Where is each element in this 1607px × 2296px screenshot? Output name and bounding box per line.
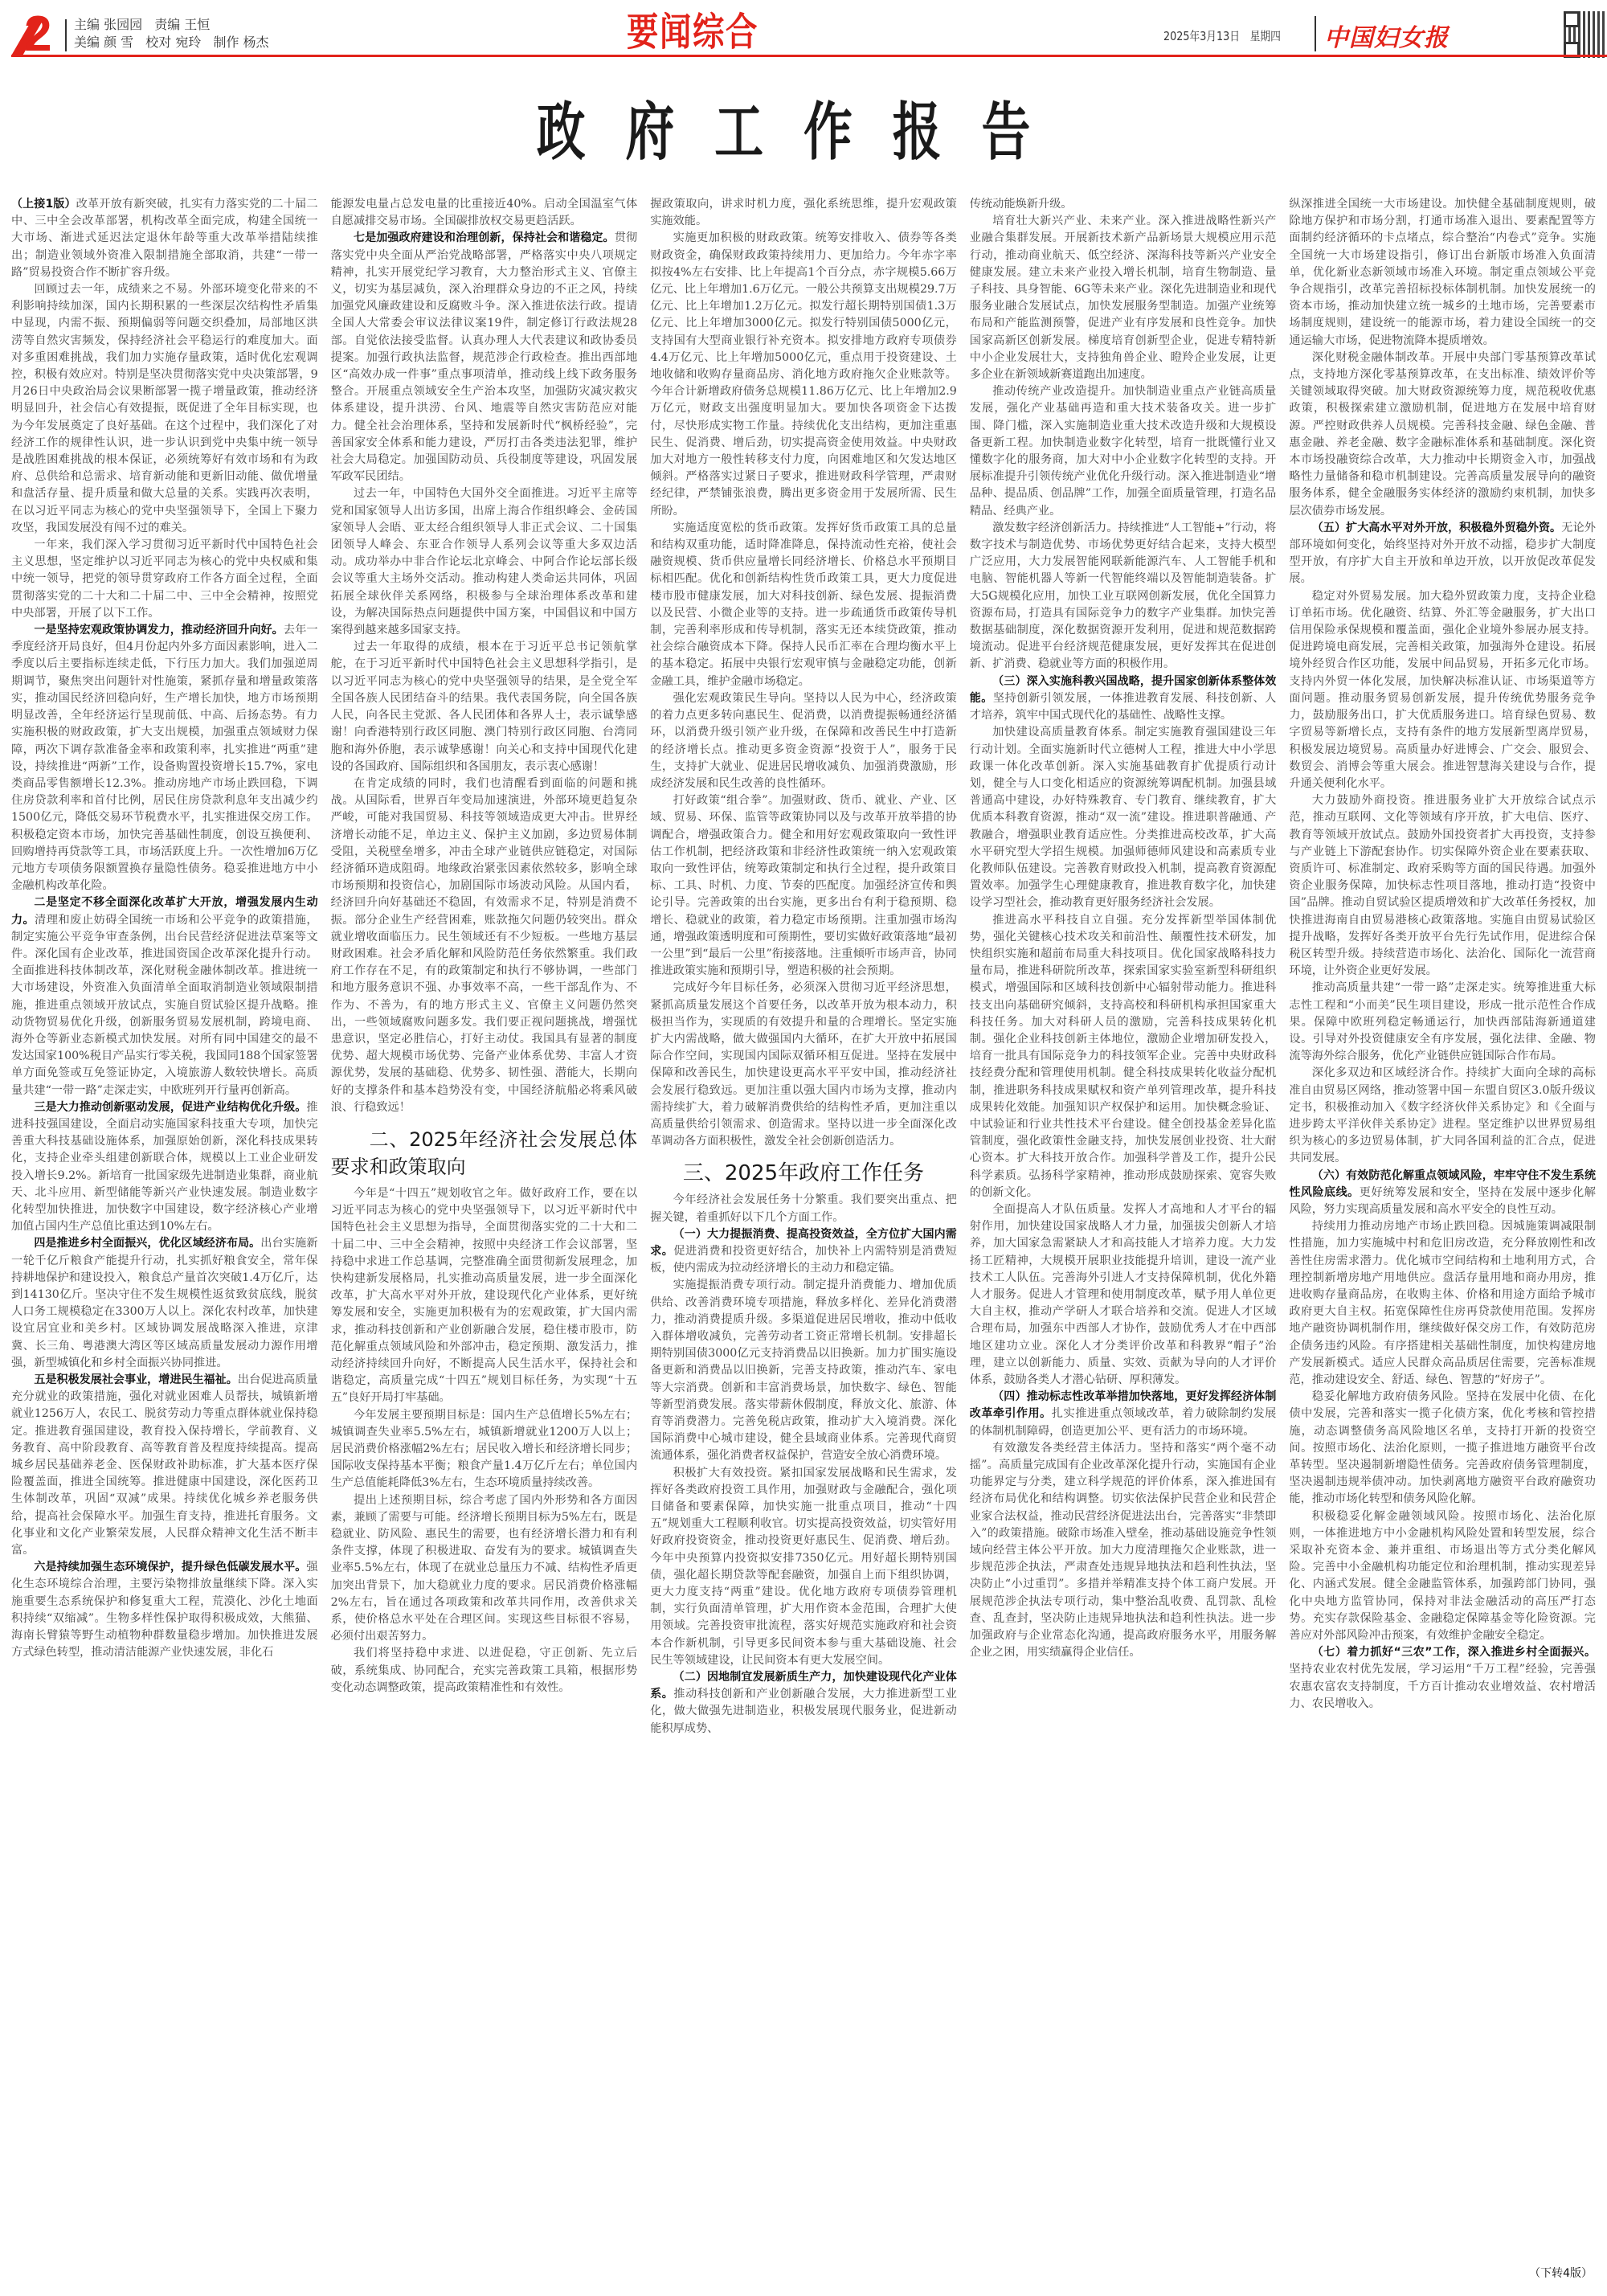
article-column-3: 握政策取向，讲求时机力度，强化系统思维，提升宏观政策实施效能。实施更加积极的财政… [650, 196, 957, 2286]
paragraph: 强化宏观政策民生导向。坚持以人民为中心，经济政策的着力点更多转向惠民生、促消费，… [650, 690, 957, 792]
paragraph: 实施适度宽松的货币政策。发挥好货币政策工具的总量和结构双重功能，适时降准降息，保… [650, 520, 957, 690]
paragraph: 深化多双边和区域经济合作。持续扩大面向全球的高标准自由贸易区网络，推动签署中国－… [1289, 1065, 1596, 1167]
paragraph-text: 稳妥化解地方政府债务风险。坚持在发展中化债、在化债中发展，完善和落实一揽子化债方… [1289, 1390, 1596, 1505]
article-headline: 政府工作报告 [177, 96, 1430, 169]
staff-line-1: 主编 张园园 责编 王恒 [74, 16, 277, 34]
paragraph-text: 传统动能焕新升级。 [970, 198, 1073, 211]
chief-editor: 主编 张园园 [74, 17, 142, 32]
section-heading: 三、2025年政府工作任务 [650, 1160, 957, 1187]
paragraph: 推动高质量共建“一带一路”走深走实。统筹推进重大标志性工程和“小而美”民生项目建… [1289, 980, 1596, 1065]
paragraph-lead: （五）扩大高水平对外开放，积极稳外贸稳外资。 [1312, 522, 1561, 534]
paragraph-text: 深化财税金融体制改革。开展中央部门零基预算改革试点，支持地方深化零基预算改革，在… [1289, 351, 1596, 518]
paragraph-text: 能源发电量占总发电量的比重接近40%。启动全国温室气体自愿减排交易市场。全国碳排… [331, 198, 638, 227]
paragraph-text: 出台实施新一轮千亿斤粮食产能提升行动，扎实抓好粮食安全，常年保持耕地保护和建设投… [11, 1237, 318, 1369]
paragraph-text: 坚持农业农村优先发展，学习运用“千万工程”经验，完善强农惠农富农支持制度，千方百… [1289, 1663, 1596, 1709]
paragraph: （四）推动标志性改革举措加快落地，更好发挥经济体制改革牵引作用。扎实推进重点领域… [970, 1389, 1277, 1440]
paragraph: 今年是“十四五”规划收官之年。做好政府工作，要在以习近平同志为核心的党中央坚强领… [331, 1185, 638, 1407]
paragraph-text: 在肯定成绩的同时，我们也清醒看到面临的问题和挑战。从国际看，世界百年变局加速演进… [331, 777, 638, 1114]
article-column-2: 能源发电量占总发电量的比重接近40%。启动全国温室气体自愿减排交易市场。全国碳排… [331, 196, 638, 2286]
divider [65, 19, 67, 51]
paragraph: 有效激发各类经营主体活力。坚持和落实“两个毫不动摇”。高质量完成国有企业改革深化… [970, 1440, 1277, 1662]
paragraph: （七）着力抓好“三农”工作，深入推进乡村全面振兴。坚持农业农村优先发展，学习运用… [1289, 1644, 1596, 1713]
paragraph-text: 稳定对外贸易发展。加大稳外贸政策力度，支持企业稳订单拓市场。优化融资、结算、外汇… [1289, 590, 1596, 790]
paragraph: 今年发展主要预期目标是：国内生产总值增长5%左右；城镇调查失业率5.5%左右，城… [331, 1407, 638, 1492]
paragraph: 今年经济社会发展任务十分繁重。我们要突出重点、把握关键，着重抓好以下几个方面工作… [650, 1192, 957, 1226]
paragraph: 实施更加积极的财政政策。统筹安排收入、债券等各类财政资金，确保财政政策持续用力、… [650, 230, 957, 519]
paragraph: （五）扩大高水平对外开放，积极稳外贸稳外资。无论外部环境如何变化，始终坚持对外开… [1289, 520, 1596, 588]
paragraph-text: 提出上述预期目标，综合考虑了国内外形势和各方面因素，兼顾了需要与可能。经济增长预… [331, 1494, 638, 1643]
paragraph: 传统动能焕新升级。 [970, 196, 1277, 213]
paragraph-text: 培育壮大新兴产业、未来产业。深入推进战略性新兴产业融合集群发展。开展新技术新产品… [970, 215, 1277, 381]
paragraph: 推动传统产业改造提升。加快制造业重点产业链高质量发展，强化产业基础再造和重大技术… [970, 383, 1277, 520]
article-column-4: 传统动能焕新升级。培育壮大新兴产业、未来产业。深入推进战略性新兴产业融合集群发展… [970, 196, 1277, 2286]
paragraph-lead: 四是推进乡村全面振兴，优化区域经济布局。 [34, 1237, 260, 1250]
paragraph-text: 促进消费和投资更好结合，加快补上内需特别是消费短板，使内需成为拉动经济增长的主动… [650, 1245, 957, 1275]
proofreader: 校对 宛玲 [145, 35, 201, 50]
paragraph-lead: 六是持续加强生态环境保护，提升绿色低碳发展水平。 [34, 1561, 306, 1574]
paragraph-text: 激发数字经济创新活力。持续推进“人工智能+”行动，将数字技术与制造优势、市场优势… [970, 522, 1277, 671]
paragraph: （六）有效防范化解重点领域风险，牢牢守住不发生系统性风险底线。更好统筹发展和安全… [1289, 1168, 1596, 1219]
paragraph-lead: 一是坚持宏观政策协调发力，推动经济回升向好。 [34, 624, 283, 636]
producer: 制作 杨杰 [213, 35, 268, 50]
paragraph: 全面提高人才队伍质量。发挥人才高地和人才平台的辐射作用，加快建设国家战略人才力量… [970, 1201, 1277, 1389]
paragraph: 一是坚持宏观政策协调发力，推动经济回升向好。去年一季度经济开局良好，但4月份起内… [11, 622, 318, 894]
paragraph-lead: 三是大力推动创新驱动发展，促进产业结构优化升级。 [34, 1101, 306, 1114]
header-rule [11, 55, 1607, 57]
paragraph-lead: （上接1版） [11, 198, 76, 211]
staff-line-2: 美编 颜 雪 校对 宛玲 制作 杨杰 [74, 34, 277, 51]
paragraph-text: 推动高质量共建“一带一路”走深走实。统筹推进重大标志性工程和“小而美”民生项目建… [1289, 981, 1596, 1062]
paragraph: 积极扩大有效投资。紧扣国家发展战略和民生需求，发挥好各类政府投资工具作用，加强财… [650, 1465, 957, 1669]
paragraph: 实施提振消费专项行动。制定提升消费能力、增加优质供给、改善消费环境专项措施，释放… [650, 1277, 957, 1464]
paragraph-lead: 五是积极发展社会事业，增进民生福祉。 [34, 1373, 237, 1386]
paragraph: 过去一年，中国特色大国外交全面推进。习近平主席等党和国家领导人出访多国，出席上海… [331, 485, 638, 639]
paragraph: 握政策取向，讲求时机力度，强化系统思维，提升宏观政策实施效能。 [650, 196, 957, 230]
paragraph-text: 回顾过去一年，成绩来之不易。外部环境变化带来的不利影响持续加深，国内长期积累的一… [11, 283, 318, 534]
paragraph-text: 出台促进高质量充分就业的政策措施，强化对就业困难人员帮扶，城镇新增就业1256万… [11, 1373, 318, 1557]
newspaper-logo: 中国妇女报 [1324, 18, 1449, 53]
paragraph-text: 全面提高人才队伍质量。发挥人才高地和人才平台的辐射作用，加快建设国家战略人才力量… [970, 1203, 1277, 1386]
paragraph-text: 强化生态环境综合治理，主要污染物排放量继续下降。深入实施重要生态系统保护和修复重… [11, 1561, 318, 1659]
art-editor: 美编 颜 雪 [74, 35, 133, 50]
paragraph-text: 坚持创新引领发展，一体推进教育发展、科技创新、人才培养，筑牢中国式现代化的基础性… [970, 692, 1277, 722]
paragraph-text: 加快建设高质量教育体系。制定实施教育强国建设三年行动计划。全面实施新时代立德树人… [970, 726, 1277, 909]
paragraph-text: 过去一年，中国特色大国外交全面推进。习近平主席等党和国家领导人出访多国，出席上海… [331, 487, 638, 636]
paragraph-lead: 七是加强政府建设和治理创新，保持社会和谐稳定。 [354, 231, 615, 244]
paragraph: （三）深入实施科教兴国战略，提升国家创新体系整体效能。坚持创新引领发展，一体推进… [970, 673, 1277, 725]
responsible-editor: 责编 王恒 [154, 17, 210, 32]
section-heading: 二、2025年经济社会发展总体要求和政策取向 [331, 1126, 638, 1181]
paragraph: 能源发电量占总发电量的比重接近40%。启动全国温室气体自愿减排交易市场。全国碳排… [331, 196, 638, 230]
paragraph: 培育壮大新兴产业、未来产业。深入推进战略性新兴产业融合集群发展。开展新技术新产品… [970, 213, 1277, 383]
paragraph-text: 推进高水平科技自立自强。充分发挥新型举国体制优势，强化关键核心技术攻关和前沿性、… [970, 914, 1277, 1199]
article-body: （上接1版）改革开放有新突破，扎实有力落实党的二十届二中、三中全会改革部署，机构… [11, 196, 1596, 2286]
paragraph-text: 今年是“十四五”规划收官之年。做好政府工作，要在以习近平同志为核心的党中央坚强领… [331, 1187, 638, 1404]
paragraph-text: 去年一季度经济开局良好，但4月份起内外多方面因素影响，进入二季度以后主要指标连续… [11, 624, 318, 892]
paragraph: 提出上述预期目标，综合考虑了国内外形势和各方面因素，兼顾了需要与可能。经济增长预… [331, 1492, 638, 1646]
paragraph: 在肯定成绩的同时，我们也清醒看到面临的问题和挑战。从国际看，世界百年变局加速演进… [331, 776, 638, 1116]
paragraph-text: 推动传统产业改造提升。加快制造业重点产业链高质量发展，强化产业基础再造和重大技术… [970, 385, 1277, 517]
paragraph-text: 积极稳妥化解金融领域风险。按照市场化、法治化原则，一体推进地方中小金融机构风险处… [1289, 1510, 1596, 1642]
paragraph: 稳妥化解地方政府债务风险。坚持在发展中化债、在化债中发展，完善和落实一揽子化债方… [1289, 1389, 1596, 1508]
paragraph: 激发数字经济创新活力。持续推进“人工智能+”行动，将数字技术与制造优势、市场优势… [970, 520, 1277, 673]
paragraph: 积极稳妥化解金融领域风险。按照市场化、法治化原则，一体推进地方中小金融机构风险处… [1289, 1508, 1596, 1645]
paragraph: 我们将坚持稳中求进、以进促稳，守正创新、先立后破，系统集成、协同配合，充实完善政… [331, 1645, 638, 1696]
paragraph-text: 打好政策“组合拳”。加强财政、货币、就业、产业、区域、贸易、环保、监管等政策协同… [650, 794, 957, 977]
paragraph-text: 一年来，我们深入学习贯彻习近平新时代中国特色社会主义思想，坚定维护以习近平同志为… [11, 538, 318, 620]
paragraph-text: 持续用力推动房地产市场止跌回稳。因城施策调减限制性措施，加力实施城中村和危旧房改… [1289, 1220, 1596, 1386]
paragraph: 完成好今年目标任务，必须深入贯彻习近平经济思想，紧抓高质量发展这个首要任务，以改… [650, 980, 957, 1150]
paragraph-text: 积极扩大有效投资。紧扣国家发展战略和民生需求，发挥好各类政府投资工具作用，加强财… [650, 1467, 957, 1667]
divider [1315, 16, 1316, 51]
paragraph: 二是坚定不移全面深化改革扩大开放，增强发展内生动力。清理和废止妨碍全国统一市场和… [11, 894, 318, 1099]
article-column-5: 纵深推进全国统一大市场建设。加快健全基础制度规则，破除地方保护和市场分割，打通市… [1289, 196, 1596, 2286]
paragraph-text: 有效激发各类经营主体活力。坚持和落实“两个毫不动摇”。高质量完成国有企业改革深化… [970, 1442, 1277, 1659]
dateline: 2025年3月13日 星期四 [1163, 27, 1281, 44]
paragraph-lead: （七）着力抓好“三农”工作，深入推进乡村全面振兴。 [1312, 1646, 1596, 1659]
paragraph-text: 我们将坚持稳中求进、以进促稳，守正创新、先立后破，系统集成、协同配合，充实完善政… [331, 1647, 638, 1693]
paragraph-text: 清理和废止妨碍全国统一市场和公平竞争的政策措施，制定实施公平竞争审查条例，出台民… [11, 914, 318, 1097]
paragraph: 七是加强政府建设和治理创新，保持社会和谐稳定。贯彻落实党中央全面从严治党战略部署… [331, 230, 638, 485]
paragraph: 四是推进乡村全面振兴，优化区域经济布局。出台实施新一轮千亿斤粮食产能提升行动，扎… [11, 1235, 318, 1372]
continued-to-note: （下转4版） [1529, 2265, 1593, 2281]
section-title: 要闻综合 [627, 10, 759, 55]
paragraph: 持续用力推动房地产市场止跌回稳。因城施策调减限制性措施，加力实施城中村和危旧房改… [1289, 1218, 1596, 1389]
article-column-1: （上接1版）改革开放有新突破，扎实有力落实党的二十届二中、三中全会改革部署，机构… [11, 196, 318, 2286]
paragraph-text: 今年经济社会发展任务十分繁重。我们要突出重点、把握关键，着重抓好以下几个方面工作… [650, 1193, 957, 1223]
staff-credits: 主编 张园园 责编 王恒 美编 颜 雪 校对 宛玲 制作 杨杰 [74, 16, 277, 51]
paragraph-text: 强化宏观政策民生导向。坚持以人民为中心，经济政策的着力点更多转向惠民生、促消费，… [650, 692, 957, 790]
paragraph: 三是大力推动创新驱动发展，促进产业结构优化升级。推进科技强国建设，全面启动实施国… [11, 1099, 318, 1236]
paragraph-text: 握政策取向，讲求时机力度，强化系统思维，提升宏观政策实施效能。 [650, 198, 957, 227]
paragraph: （一）大力提振消费、提高投资效益，全方位扩大国内需求。促进消费和投资更好结合，加… [650, 1226, 957, 1278]
paragraph: 六是持续加强生态环境保护，提升绿色低碳发展水平。强化生态环境综合治理，主要污染物… [11, 1559, 318, 1661]
paragraph-text: 实施更加积极的财政政策。统筹安排收入、债券等各类财政资金，确保财政政策持续用力、… [650, 231, 957, 517]
paragraph: 推进高水平科技自立自强。充分发挥新型举国体制优势，强化关键核心技术攻关和前沿性、… [970, 912, 1277, 1201]
paragraph: 稳定对外贸易发展。加大稳外贸政策力度，支持企业稳订单拓市场。优化融资、结算、外汇… [1289, 588, 1596, 792]
paragraph: 回顾过去一年，成绩来之不易。外部环境变化带来的不利影响持续加深，国内长期积累的一… [11, 281, 318, 537]
paragraph: （二）因地制宜发展新质生产力，加快建设现代化产业体系。推动科技创新和产业创新融合… [650, 1669, 957, 1737]
paragraph-text: 实施提振消费专项行动。制定提升消费能力、增加优质供给、改善消费环境专项措施，释放… [650, 1279, 957, 1462]
paragraph-text: 推动科技创新和产业创新融合发展，大力推进新型工业化，做大做强先进制造业，积极发展… [650, 1688, 957, 1734]
paragraph: 加快建设高质量教育体系。制定实施教育强国建设三年行动计划。全面实施新时代立德树人… [970, 724, 1277, 911]
masthead: 2 主编 张园园 责编 王恒 美编 颜 雪 校对 宛玲 制作 杨杰 要闻综合 2… [0, 0, 1607, 58]
paragraph-text: 实施适度宽松的货币政策。发挥好货币政策工具的总量和结构双重功能，适时降准降息，保… [650, 522, 957, 688]
paragraph: 纵深推进全国统一大市场建设。加快健全基础制度规则，破除地方保护和市场分割，打通市… [1289, 196, 1596, 350]
page-number: 2 [24, 10, 50, 59]
paragraph-text: 过去一年取得的成绩，根本在于习近平总书记领航掌舵，在于习近平新时代中国特色社会主… [331, 641, 638, 772]
paragraph: 过去一年取得的成绩，根本在于习近平总书记领航掌舵，在于习近平新时代中国特色社会主… [331, 639, 638, 776]
paragraph: 五是积极发展社会事业，增进民生福祉。出台促进高质量充分就业的政策措施，强化对就业… [11, 1372, 318, 1559]
paragraph: 深化财税金融体制改革。开展中央部门零基预算改革试点，支持地方深化零基预算改革，在… [1289, 350, 1596, 520]
paragraph-text: 深化多双边和区域经济合作。持续扩大面向全球的高标准自由贸易区网络，推动签署中国－… [1289, 1066, 1596, 1164]
paragraph: （上接1版）改革开放有新突破，扎实有力落实党的二十届二中、三中全会改革部署，机构… [11, 196, 318, 281]
issue-date: 2025年3月13日 [1163, 29, 1240, 43]
issue-weekday: 星期四 [1250, 29, 1281, 43]
paragraph-text: 纵深推进全国统一大市场建设。加快健全基础制度规则，破除地方保护和市场分割，打通市… [1289, 198, 1596, 347]
qr-code-icon[interactable] [1564, 11, 1607, 58]
paragraph: 打好政策“组合拳”。加强财政、货币、就业、产业、区域、贸易、环保、监管等政策协同… [650, 792, 957, 980]
paragraph-text: 推进科技强国建设，全面启动实施国家科技重大专项，加快完善重大科技基础设施体系，加… [11, 1101, 318, 1233]
paragraph: 一年来，我们深入学习贯彻习近平新时代中国特色社会主义思想，坚定维护以习近平同志为… [11, 537, 318, 622]
paragraph-text: 今年发展主要预期目标是：国内生产总值增长5%左右；城镇调查失业率5.5%左右，城… [331, 1409, 638, 1490]
paragraph-text: 贯彻落实党中央全面从严治党战略部署，严格落实中央八项规定精神，扎实开展党纪学习教… [331, 231, 638, 483]
paragraph-text: 大力鼓励外商投资。推进服务业扩大开放综合试点示范，推动互联网、文化等领域有序开放… [1289, 794, 1596, 977]
paragraph-text: 完成好今年目标任务，必须深入贯彻习近平经济思想，紧抓高质量发展这个首要任务，以改… [650, 981, 957, 1148]
paragraph: 大力鼓励外商投资。推进服务业扩大开放综合试点示范，推动互联网、文化等领域有序开放… [1289, 792, 1596, 980]
